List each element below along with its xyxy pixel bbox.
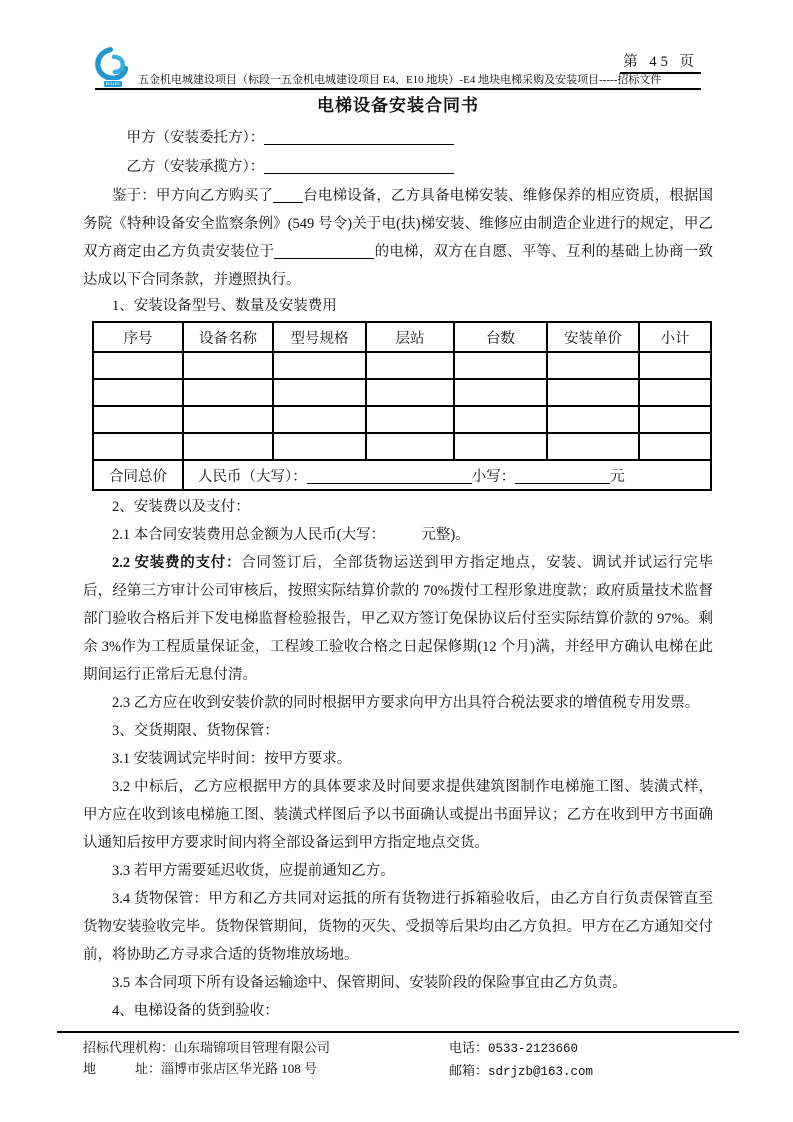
- phone-label: 电话：: [449, 1040, 488, 1055]
- agency-line: 招标代理机构：山东瑞锦项目管理有限公司: [83, 1037, 449, 1058]
- table-row: [93, 379, 711, 406]
- email-value: sdrjzb@163.com: [488, 1065, 593, 1079]
- table-empty-cell: [93, 433, 183, 460]
- table-header-cell: 安装单价: [547, 322, 639, 352]
- agency-label: 招标代理机构：: [83, 1040, 174, 1055]
- table-empty-cell: [183, 406, 273, 433]
- table-empty-cell: [93, 352, 183, 379]
- party-a-line: 甲方（安装委托方）：: [83, 124, 713, 153]
- clause-paragraph: 3.1 安装调试完毕时间：按甲方要求。: [83, 745, 713, 773]
- agency-value: 山东瑞锦项目管理有限公司: [174, 1040, 330, 1055]
- party-b-line: 乙方（安装承揽方）：: [83, 153, 713, 182]
- table-header-cell: 设备名称: [183, 322, 273, 352]
- amount-digits-blank: [515, 470, 610, 484]
- table-empty-cell: [454, 379, 547, 406]
- address-label: 地 址：: [83, 1061, 161, 1076]
- phone-line: 电话：0533-2123660: [449, 1037, 593, 1060]
- table-empty-cell: [183, 433, 273, 460]
- page-header: BIUBI 五金机电城建设项目（标段一五金机电城建设项目 E4、E10 地块）-…: [95, 48, 701, 90]
- table-header-cell: 台数: [454, 322, 547, 352]
- email-label: 邮箱：: [449, 1063, 488, 1078]
- amount-digits-label: 小写：: [472, 469, 516, 485]
- phone-value: 0533-2123660: [488, 1042, 578, 1056]
- table-empty-cell: [366, 433, 454, 460]
- footer-contact-block: 电话：0533-2123660 邮箱：sdrjzb@163.com: [449, 1037, 593, 1083]
- clause-heading: 2.2 安装费的支付：: [112, 555, 241, 571]
- clause-paragraph: 3.3 若甲方需要延迟收货，应提前通知乙方。: [83, 857, 713, 885]
- preamble-paragraph: 鉴于：甲方向乙方购买了台电梯设备，乙方具备电梯安装、维修保养的相应资质，根据国务…: [83, 182, 713, 294]
- project-title-line: 五金机电城建设项目（标段一五金机电城建设项目 E4、E10 地块）-E4 地块电…: [138, 74, 661, 87]
- table-header-cell: 层站: [366, 322, 454, 352]
- table-empty-cell: [273, 433, 366, 460]
- document-page: 第 45 页 BIUBI 五金机电城建设项目（标段一五金机电城建设项目 E4、E…: [0, 0, 793, 1122]
- table-row: [93, 406, 711, 433]
- clause-paragraph: 3.4 货物保管：甲方和乙方共同对运抵的所有货物进行拆箱验收后，由乙方自行负责保…: [83, 885, 713, 969]
- table-empty-cell: [639, 433, 711, 460]
- location-blank: [274, 245, 374, 259]
- table-empty-cell: [454, 352, 547, 379]
- table-empty-cell: [366, 379, 454, 406]
- install-price-table: 序号设备名称型号规格层站台数安装单价小计 合同总价 人民币（大写）：小写：元: [92, 321, 712, 491]
- table-empty-cell: [454, 433, 547, 460]
- document-title: 电梯设备安装合同书: [83, 94, 713, 118]
- address-value: 淄博市张店区华光路 108 号: [161, 1061, 317, 1076]
- preamble-part1: 鉴于：甲方向乙方购买了: [112, 188, 273, 204]
- clause-paragraph: 4、电梯设备的货到验收：: [83, 997, 713, 1025]
- table-row: [93, 433, 711, 460]
- party-b-blank: [264, 160, 454, 174]
- table-row: [93, 352, 711, 379]
- clauses: 2、安装费以及支付：2.1 本合同安装费用总金额为人民币(大写： 元整)。2.2…: [83, 493, 713, 1025]
- table-empty-cell: [183, 352, 273, 379]
- address-line: 地 址：淄博市张店区华光路 108 号: [83, 1058, 449, 1079]
- table-empty-cell: [93, 379, 183, 406]
- clause-paragraph: 2.3 乙方应在收到安装价款的同时根据甲方要求向甲方出具符合税法要求的增值税专用…: [83, 689, 713, 717]
- table-total-row: 合同总价 人民币（大写）：小写：元: [93, 460, 711, 490]
- table-empty-cell: [366, 406, 454, 433]
- clause-paragraph: 2.1 本合同安装费用总金额为人民币(大写： 元整)。: [83, 521, 713, 549]
- table-empty-cell: [273, 379, 366, 406]
- table-empty-cell: [183, 379, 273, 406]
- table-header-cell: 序号: [93, 322, 183, 352]
- table-empty-cell: [273, 352, 366, 379]
- swirl-logo-icon: [95, 47, 131, 80]
- amount-words-label: 人民币（大写）：: [198, 469, 307, 485]
- table-header-cell: 型号规格: [273, 322, 366, 352]
- table-empty-cell: [547, 433, 639, 460]
- table-empty-cell: [547, 406, 639, 433]
- table-header-cell: 小计: [639, 322, 711, 352]
- elevator-count-blank: [273, 189, 303, 203]
- party-a-blank: [264, 131, 454, 145]
- amount-unit-label: 元: [610, 469, 625, 485]
- page-footer: 招标代理机构：山东瑞锦项目管理有限公司 地 址：淄博市张店区华光路 108 号 …: [57, 1031, 739, 1083]
- table-empty-cell: [366, 352, 454, 379]
- company-logo: BIUBI: [95, 47, 131, 87]
- clause-paragraph: 3、交货期限、货物保管：: [83, 717, 713, 745]
- clause-paragraph: 3.5 本合同项下所有设备运输途中、保管期间、安装阶段的保险事宜由乙方负责。: [83, 969, 713, 997]
- table-empty-cell: [639, 352, 711, 379]
- table-empty-cell: [93, 406, 183, 433]
- table-empty-cell: [547, 379, 639, 406]
- total-value-cell: 人民币（大写）：小写：元: [183, 460, 711, 490]
- install-table-header-row: 序号设备名称型号规格层站台数安装单价小计: [93, 322, 711, 352]
- amount-words-blank: [307, 470, 472, 484]
- table-empty-cell: [547, 352, 639, 379]
- table-empty-cell: [639, 379, 711, 406]
- clause-paragraph: 2、安装费以及支付：: [83, 493, 713, 521]
- party-a-label: 甲方（安装委托方）：: [127, 130, 265, 146]
- table-empty-cell: [454, 406, 547, 433]
- footer-agency-block: 招标代理机构：山东瑞锦项目管理有限公司 地 址：淄博市张店区华光路 108 号: [57, 1037, 449, 1083]
- table-empty-cell: [639, 406, 711, 433]
- section1-heading: 1、安装设备型号、数量及安装费用: [83, 294, 713, 318]
- clause-paragraph: 2.2 安装费的支付：合同签订后，全部货物运送到甲方指定地点，安装、调试并试运行…: [83, 549, 713, 689]
- table-empty-cell: [273, 406, 366, 433]
- party-b-label: 乙方（安装承揽方）：: [127, 159, 265, 175]
- clause-paragraph: 3.2 中标后，乙方应根据甲方的具体要求及时间要求提供建筑图制作电梯施工图、装潢…: [83, 773, 713, 857]
- logo-wordmark: BIUBI: [104, 81, 122, 87]
- email-line: 邮箱：sdrjzb@163.com: [449, 1060, 593, 1083]
- install-table-body: [93, 352, 711, 460]
- total-label-cell: 合同总价: [93, 460, 183, 490]
- contract-body: 甲方（安装委托方）： 乙方（安装承揽方）： 鉴于：甲方向乙方购买了台电梯设备，乙…: [83, 124, 713, 1025]
